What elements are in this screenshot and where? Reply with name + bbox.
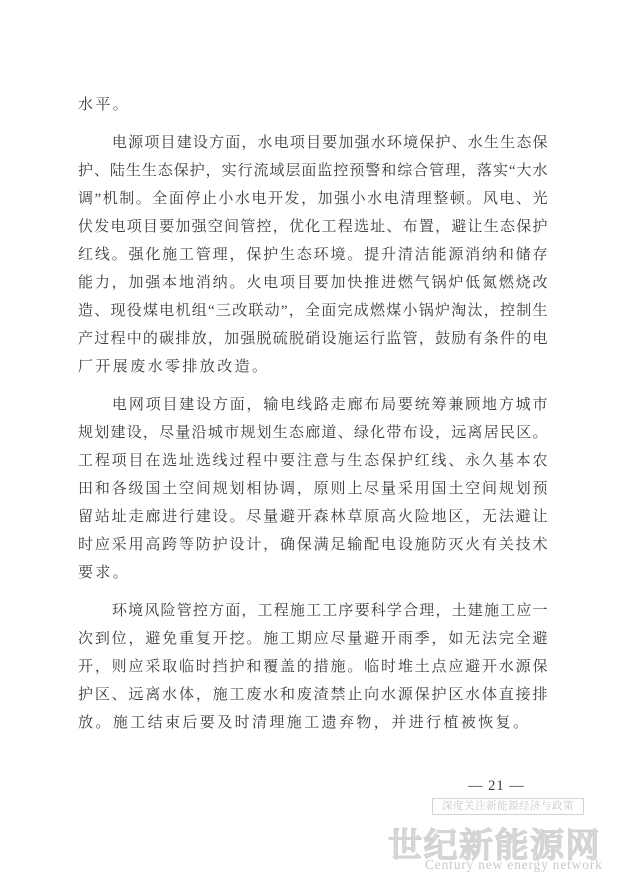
text-line: 留站址走廊进行建设。尽量避开森林草原高火险地区，无法避让 <box>78 503 548 531</box>
text-line: 工程项目在选址选线过程中要注意与生态保护红线、永久基本农 <box>78 447 548 475</box>
text-line: 环境风险管控方面，工程施工工序要科学合理，土建施工应一 <box>78 597 548 625</box>
text-line: 次到位，避免重复开挖。施工期应尽量避开雨季，如无法完全避 <box>78 625 548 653</box>
text-line: 厂开展废水零排放改造。 <box>78 353 548 381</box>
text-line: 能力，加强本地消纳。火电项目要加快推进燃气锅炉低氮燃烧改 <box>78 269 548 297</box>
text-line: 护区、远离水体，施工废水和废渣禁止向水源保护区水体直接排 <box>78 681 548 709</box>
text-line: 造、现役煤电机组“三改联动”，全面完成燃煤小锅炉淘汰，控制生 <box>78 297 548 325</box>
text-line: 电源项目建设方面，水电项目要加强水环境保护、水生生态保 <box>78 129 548 157</box>
text-line: 规划建设，尽量沿城市规划生态廊道、绿化带布设，远离居民区。 <box>78 419 548 447</box>
text-line: 要求。 <box>78 559 548 587</box>
paragraph: 水平。 <box>78 91 548 119</box>
text-line: 水平。 <box>78 91 548 119</box>
text-line: 红线。强化施工管理，保护生态环境。提升清洁能源消纳和储存 <box>78 241 548 269</box>
document-body: 水平。电源项目建设方面，水电项目要加强水环境保护、水生生态保护、陆生生态保护，实… <box>78 91 548 737</box>
text-line: 田和各级国土空间规划相协调，原则上尽量采用国土空间规划预 <box>78 475 548 503</box>
text-line: 调”机制。全面停止小水电开发，加强小水电清理整顿。风电、光 <box>78 185 548 213</box>
watermark-brand-english: Century new energy network <box>425 857 603 873</box>
paragraph: 环境风险管控方面，工程施工工序要科学合理，土建施工应一次到位，避免重复开挖。施工… <box>78 597 548 737</box>
text-line: 伏发电项目要加强空间管控，优化工程选址、布置，避让生态保护 <box>78 213 548 241</box>
watermark-tagline: 深度关注新能源经济与政策 <box>432 798 584 815</box>
text-line: 放。施工结束后要及时清理施工遗弃物，并进行植被恢复。 <box>78 709 548 737</box>
text-line: 护、陆生生态保护，实行流域层面监控预警和综合管理，落实“大水 <box>78 157 548 185</box>
paragraph: 电源项目建设方面，水电项目要加强水环境保护、水生生态保护、陆生生态保护，实行流域… <box>78 129 548 381</box>
page-number: — 21 — <box>468 778 525 795</box>
text-line: 开，则应采取临时挡护和覆盖的措施。临时堆土点应避开水源保 <box>78 653 548 681</box>
text-line: 时应采用高跨等防护设计，确保满足输配电设施防灭火有关技术 <box>78 531 548 559</box>
text-line: 电网项目建设方面，输电线路走廊布局要统筹兼顾地方城市 <box>78 391 548 419</box>
paragraph: 电网项目建设方面，输电线路走廊布局要统筹兼顾地方城市规划建设，尽量沿城市规划生态… <box>78 391 548 587</box>
document-page: 水平。电源项目建设方面，水电项目要加强水环境保护、水生生态保护、陆生生态保护，实… <box>0 0 620 876</box>
text-line: 产过程中的碳排放，加强脱硫脱硝设施运行监管，鼓励有条件的电 <box>78 325 548 353</box>
